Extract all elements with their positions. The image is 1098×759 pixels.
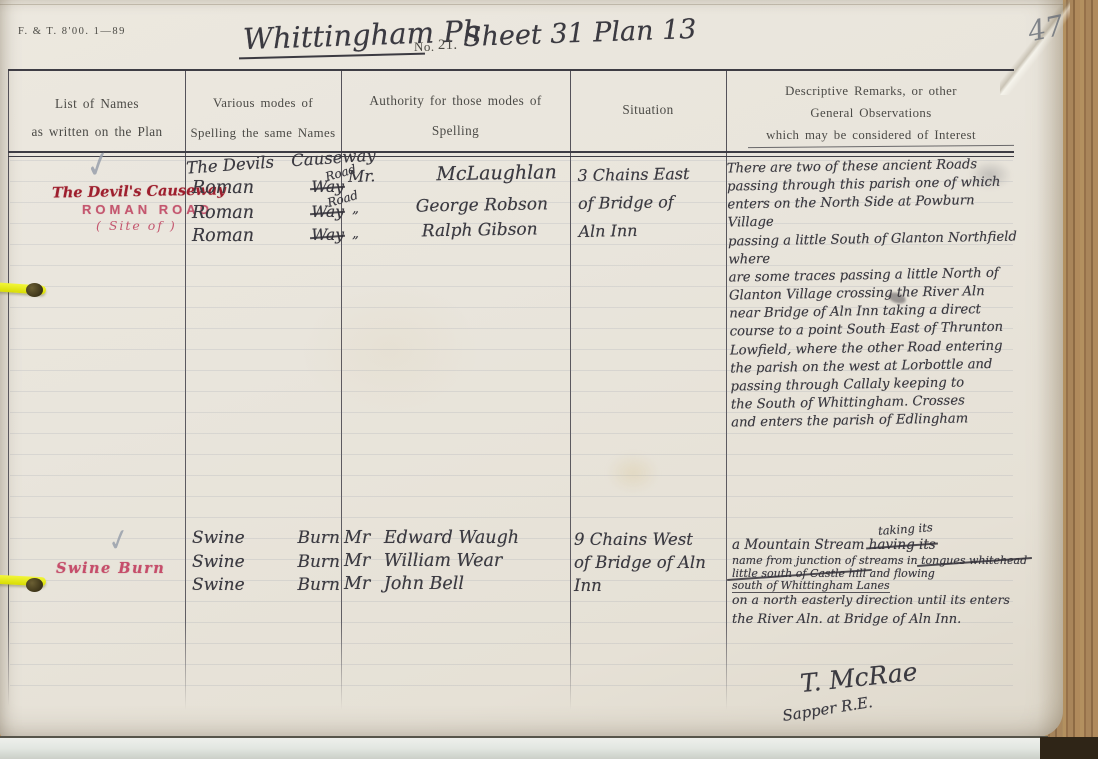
form-code: F. & T. 8'00. 1—89 — [18, 26, 126, 37]
authority-line: Mr Edward Waugh — [344, 528, 519, 548]
authority-line: „ Ralph Gibson — [352, 219, 538, 242]
header-line: Spelling — [343, 116, 568, 146]
header-line: Various modes of — [187, 88, 339, 118]
situation-cell: 3 Chains East of Bridge of Aln Inn — [577, 160, 690, 246]
name-stamp-qualifier: ( Site of ) — [96, 218, 177, 233]
page-top-edge — [0, 4, 1063, 5]
column-header-authority: Authority for those modes of Spelling — [343, 86, 568, 146]
scanned-ledger-photo: F. & T. 8'00. 1—89 Whittingham Ph No. 21… — [0, 0, 1098, 759]
spelling-line: SwineBurn — [192, 528, 340, 548]
authority-line: Mr William Wear — [344, 551, 502, 571]
rule-top — [8, 69, 1014, 71]
desk-shadow — [1040, 737, 1098, 759]
remarks-line: on a north easterly direction until its … — [732, 592, 1010, 607]
column-header-names: List of Names as written on the Plan — [10, 90, 184, 146]
title-no-label: No. — [414, 39, 435, 55]
name-stamp-title: Swine Burn — [56, 560, 165, 577]
header-line: Authority for those modes of — [343, 86, 568, 116]
remarks-line: passing a little South of Glanton Northf… — [728, 228, 1019, 269]
paper-foxing — [300, 280, 480, 420]
underlying-page-edges — [0, 736, 1048, 759]
paper-stain — [606, 452, 660, 494]
situation-cell: 9 Chains West of Bridge of Aln Inn — [574, 528, 706, 597]
column-header-situation: Situation — [572, 102, 724, 118]
spelling-line: SwineBurn — [192, 575, 340, 595]
header-line: Situation — [572, 102, 724, 118]
column-header-spelling: Various modes of Spelling the same Names — [187, 88, 339, 148]
spelling-line: Roman Way Road — [192, 178, 344, 198]
column-header-remarks: Descriptive Remarks, or other General Ob… — [728, 80, 1014, 146]
header-line: General Observations — [728, 102, 1014, 124]
remarks-line: a Mountain Stream having its — [732, 537, 936, 553]
title-no-value: 21. — [438, 37, 458, 54]
punch-hole — [26, 283, 43, 297]
ledger-page: F. & T. 8'00. 1—89 Whittingham Ph No. 21… — [0, 0, 1063, 737]
authority-line: Mr John Bell — [344, 574, 464, 594]
remarks-cell: There are two of these ancient Roads pas… — [727, 155, 1022, 432]
spelling-line: SwineBurn — [192, 552, 340, 572]
remarks-line: name from junction of streams in tongues… — [732, 554, 1027, 567]
spelling-line: Roman Way Road — [192, 203, 344, 223]
punch-hole — [26, 578, 43, 592]
remarks-line: enters on the North Side at Powburn Vill… — [727, 192, 1018, 233]
header-line: Spelling the same Names — [187, 118, 339, 148]
rule-header-bottom-1 — [8, 151, 1014, 153]
remarks-line: the River Aln. at Bridge of Aln Inn. — [732, 612, 961, 627]
inserted-phrase: south of Whittingham Lanes — [732, 579, 890, 593]
header-line: as written on the Plan — [10, 118, 184, 146]
spelling-line: Roman Way — [192, 226, 344, 246]
ink-smudge — [968, 160, 1012, 190]
rule-header-bottom-2 — [8, 156, 1014, 157]
title-sheet-plan: Sheet 31 Plan 13 — [463, 14, 697, 53]
authority-line: „ George Robson — [352, 194, 548, 217]
authority-line: Mr. McLaughlan — [348, 161, 557, 187]
page-right-edge — [1037, 0, 1063, 737]
header-line: which may be considered of Interest — [728, 124, 1014, 146]
header-line: Descriptive Remarks, or other — [728, 80, 1014, 102]
header-line: List of Names — [10, 90, 184, 118]
